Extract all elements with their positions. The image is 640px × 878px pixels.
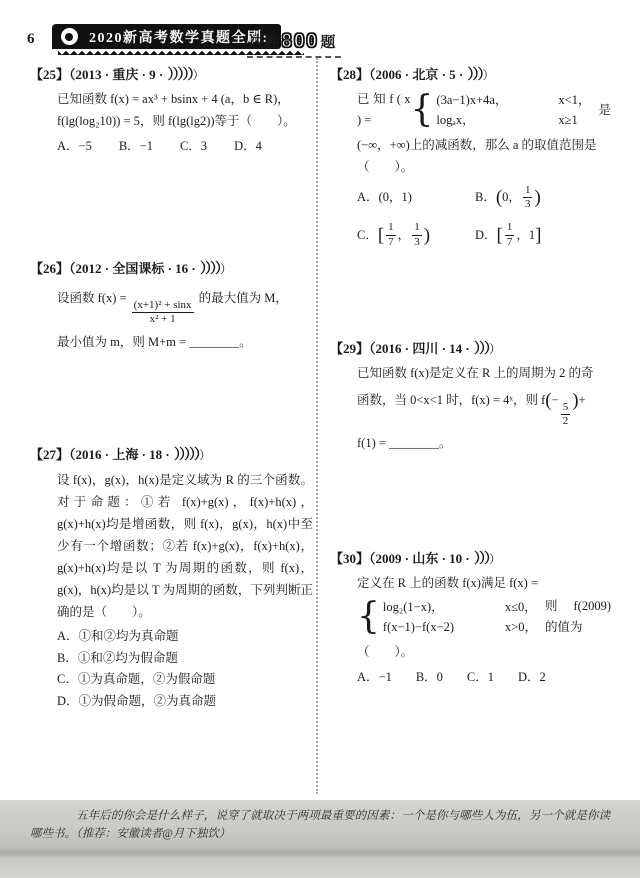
problem-heading: 【29】（2016 · 四川 · 14 · ）））） (330, 338, 611, 358)
piecewise-function: { log₂(1−x)，x≤0， f(x−1)−f(x−2)x>0， 则 f(2… (357, 596, 611, 638)
option-b: B．−1 (119, 136, 153, 157)
fraction: 17 (505, 221, 515, 248)
problem-number: 【25】 (30, 67, 69, 82)
book-page: 6 2020新高考数学真题全刷: 决胜 800 题 【25】（2013 · 重庆… (0, 0, 640, 878)
option-a: A．−5 (57, 136, 92, 157)
fraction: 13 (523, 184, 533, 211)
book-subtitle: 决胜 800 题 (247, 30, 341, 58)
problem-source: （2016 · 上海 · 18 · (69, 447, 173, 462)
statement-line: （ ）。 (357, 157, 611, 178)
footer-quote: 五年后的你会是什么样子，说穿了就取决于两项最重要的因素：一个是你与哪些人为伍，另… (30, 807, 610, 843)
piecewise-function: 已 知 f ( x ) = { (3a−1)x+4a，x<1， logₐx，x≥… (357, 89, 611, 131)
problem-body: 已 知 f ( x ) = { (3a−1)x+4a，x<1， logₐx，x≥… (330, 89, 611, 249)
problem-source: （2016 · 四川 · 14 · (369, 341, 473, 356)
statement-line: 设函数 f(x) = (x+1)² + sinxx² + 1 的最大值为 M， (57, 283, 313, 326)
page-number: 6 (27, 31, 35, 48)
statement-line: 最小值为 m，则 M+m = ________。 (57, 332, 313, 353)
problem-28: 【28】（2006 · 北京 · 5 · ）））） 已 知 f ( x ) = … (330, 64, 611, 259)
problem-heading: 【26】（2012 · 全国课标 · 16 · ））））） (30, 258, 313, 278)
problem-body: 已知函数 f(x)是定义在 R 上的周期为 2 的奇 函数，当 0<x<1 时，… (330, 363, 611, 454)
option-c: C．[17，13) (357, 221, 475, 248)
option-a: A．(0，1) (357, 187, 475, 208)
problem-source: （2009 · 山东 · 10 · (369, 551, 473, 566)
problem-number: 【29】 (330, 341, 369, 356)
brace-glyph: { (357, 601, 380, 633)
answer-options: A．①和②均为真命题 B．①和②均为假命题 C．①为真命题，②为假命题 D．①为… (57, 626, 313, 712)
piecewise-row: f(x−1)−f(x−2)x>0， (383, 617, 537, 637)
statement-line: 函数，当 0<x<1 时，f(x) = 4ˣ，则 f(−52)+ (357, 385, 611, 428)
problem-26: 【26】（2012 · 全国课标 · 16 · ））））） 设函数 f(x) =… (30, 258, 313, 353)
problem-number: 【27】 (30, 447, 69, 462)
problem-body: 设函数 f(x) = (x+1)² + sinxx² + 1 的最大值为 M， … (30, 283, 313, 353)
option-b: B．(0，13) (475, 184, 593, 211)
piecewise-row: logₐx，x≥1 (436, 110, 590, 130)
difficulty-marks-icon: ））） (474, 552, 489, 567)
piecewise-row: (3a−1)x+4a，x<1， (436, 90, 590, 110)
option-d: D．①为假命题，②为真命题 (57, 691, 313, 713)
statement-line: f(1) = ________。 (357, 433, 611, 454)
statement-line: (−∞，+∞)上的减函数，那么 a 的取值范围是 (357, 135, 611, 156)
difficulty-marks-icon: ））） (474, 342, 489, 357)
statement-line: 已知函数 f(x) = ax³ + bsinx + 4 (a，b ∈ R)， (57, 89, 313, 110)
fraction: 52 (561, 401, 571, 428)
subtitle-prefix: 决胜 (249, 31, 279, 52)
difficulty-marks-icon: ））） (468, 68, 483, 83)
problem-30: 【30】（2009 · 山东 · 10 · ）））） 定义在 R 上的函数 f(… (330, 548, 611, 688)
answer-options: A．−5 B．−1 C．3 D．4 (57, 136, 313, 157)
option-d: D．2 (518, 667, 546, 688)
statement-paragraph: 设 f(x)，g(x)，h(x)是定义域为 R 的三个函数。对于命题：①若 f(… (57, 469, 313, 623)
problem-source: （2006 · 北京 · 5 · (369, 67, 467, 82)
option-c: C．1 (467, 667, 494, 688)
statement-line: （ ）。 (357, 642, 611, 663)
problem-number: 【28】 (330, 67, 369, 82)
brand-target-icon (54, 23, 84, 50)
option-b: B．0 (416, 667, 443, 688)
fraction: (x+1)² + sinxx² + 1 (132, 299, 194, 326)
problem-25: 【25】（2013 · 重庆 · 9 · ）））））） 已知函数 f(x) = … (30, 64, 313, 157)
problem-heading: 【28】（2006 · 北京 · 5 · ）））） (330, 64, 611, 84)
option-c: C．①为真命题，②为假命题 (57, 669, 313, 691)
option-b: B．①和②均为假命题 (57, 648, 313, 670)
difficulty-marks-icon: ）））） (200, 262, 220, 277)
problem-body: 已知函数 f(x) = ax³ + bsinx + 4 (a，b ∈ R)， f… (30, 89, 313, 157)
statement-line: f(lg(log₂10)) = 5，则 f(lg(lg2))等于（ ）。 (57, 111, 313, 132)
answer-options: A．(0，1) B．(0，13) C．[17，13) D．[17，1] (357, 184, 611, 249)
fraction: 13 (412, 221, 422, 248)
statement-line: 已知函数 f(x)是定义在 R 上的周期为 2 的奇 (357, 363, 611, 384)
problem-heading: 【25】（2013 · 重庆 · 9 · ）））））） (30, 64, 313, 84)
column-divider (316, 58, 318, 794)
problem-number: 【26】 (30, 261, 69, 276)
difficulty-marks-icon: ））））） (168, 68, 193, 83)
problem-number: 【30】 (330, 551, 369, 566)
option-d: D．4 (234, 136, 262, 157)
brace-glyph: { (411, 94, 434, 126)
answer-options: A．−1 B．0 C．1 D．2 (357, 667, 611, 688)
problem-body: 设 f(x)，g(x)，h(x)是定义域为 R 的三个函数。对于命题：①若 f(… (30, 469, 313, 712)
problem-29: 【29】（2016 · 四川 · 14 · ）））） 已知函数 f(x)是定义在… (330, 338, 611, 454)
subtitle-number: 800 (281, 30, 318, 52)
option-a: A．①和②均为真命题 (57, 626, 313, 648)
piecewise-row: log₂(1−x)，x≤0， (383, 597, 537, 617)
option-d: D．[17，1] (475, 221, 593, 248)
problem-heading: 【27】（2016 · 上海 · 18 · ）））））） (30, 444, 313, 464)
problem-heading: 【30】（2009 · 山东 · 10 · ）））） (330, 548, 611, 568)
problem-source: （2012 · 全国课标 · 16 · (69, 261, 199, 276)
problem-body: 定义在 R 上的函数 f(x)满足 f(x) = { log₂(1−x)，x≤0… (330, 573, 611, 688)
fraction: 17 (386, 221, 396, 248)
option-a: A．−1 (357, 667, 392, 688)
statement-line: 定义在 R 上的函数 f(x)满足 f(x) = (357, 573, 611, 594)
option-c: C．3 (180, 136, 207, 157)
difficulty-marks-icon: ））））） (174, 448, 199, 463)
problem-27: 【27】（2016 · 上海 · 18 · ）））））） 设 f(x)，g(x)… (30, 444, 313, 712)
problem-source: （2013 · 重庆 · 9 · (69, 67, 167, 82)
footer-quote-band: 五年后的你会是什么样子，说穿了就取决于两项最重要的因素：一个是你与哪些人为伍，另… (0, 800, 640, 878)
subtitle-suffix: 题 (320, 31, 335, 52)
series-title: 2020新高考数学真题全刷: (89, 27, 269, 47)
